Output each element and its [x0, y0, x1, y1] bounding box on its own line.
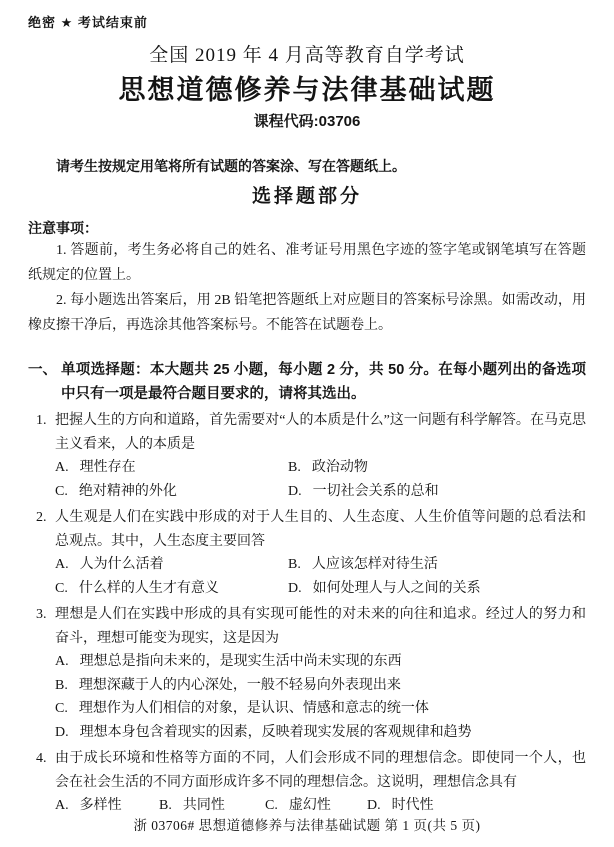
- question-2: 2. 人生观是人们在实践中形成的对于人生目的、人生态度、人生价值等问题的总看法和…: [36, 506, 586, 600]
- notes-heading: 注意事项：: [28, 218, 586, 238]
- note-item-1: 1. 答题前，考生务必将自己的姓名、准考证号用黑色字迹的签字笔或钢笔填写在答题纸…: [28, 238, 586, 288]
- question-1-stem: 把握人生的方向和道路，首先需要对“人的本质是什么”这一问题有科学解答。在马克思主…: [55, 409, 586, 456]
- classification-banner: 绝密 ★ 考试结束前: [28, 12, 586, 31]
- answer-sheet-instruction: 请考生按规定用笔将所有试题的答案涂、写在答题纸上。: [28, 156, 586, 176]
- option-text: 绝对精神的外化: [79, 484, 177, 499]
- question-3-option-c: C.理想作为人们相信的对象，是认识、情感和意志的统一体: [55, 697, 586, 721]
- note-item-2: 2. 每小题选出答案后，用 2B 铅笔把答题纸上对应题目的答案标号涂黑。如需改动…: [28, 288, 586, 338]
- question-2-body: 人生观是人们在实践中形成的对于人生目的、人生态度、人生价值等问题的总看法和总观点…: [55, 506, 586, 600]
- option-label: A.: [55, 557, 69, 572]
- question-1-options: A.理性存在 B.政治动物 C.绝对精神的外化 D.一切社会关系的总和: [55, 456, 586, 503]
- option-label: D.: [55, 725, 69, 740]
- option-label: A.: [55, 654, 69, 669]
- option-label: B.: [159, 798, 172, 813]
- question-3-options: A.理想总是指向未来的，是现实生活中尚未实现的东西 B.理想深藏于人的内心深处，…: [55, 650, 586, 744]
- option-text: 共同性: [183, 798, 225, 813]
- section-title: 选择题部分: [28, 181, 586, 208]
- option-label: D.: [367, 798, 381, 813]
- question-2-option-a: A.人为什么活着: [55, 553, 288, 577]
- option-text: 理想深藏于人的内心深处，一般不轻易向外表现出来: [79, 678, 401, 693]
- question-4: 4. 由于成长环境和性格等方面的不同，人们会形成不同的理想信念。即使同一个人，也…: [36, 747, 586, 818]
- question-1-body: 把握人生的方向和道路，首先需要对“人的本质是什么”这一问题有科学解答。在马克思主…: [55, 409, 586, 503]
- question-1-option-d: D.一切社会关系的总和: [288, 480, 586, 504]
- option-text: 一切社会关系的总和: [313, 484, 439, 499]
- option-label: B.: [288, 460, 301, 475]
- option-text: 如何处理人与人之间的关系: [313, 581, 481, 596]
- question-2-option-c: C.什么样的人生才有意义: [55, 577, 288, 601]
- option-label: D.: [288, 484, 302, 499]
- question-3-option-d: D.理想本身包含着现实的因素，反映着现实发展的客观规律和趋势: [55, 721, 586, 745]
- option-label: B.: [55, 678, 68, 693]
- question-4-number: 4.: [36, 747, 55, 818]
- option-text: 人应该怎样对待生活: [312, 557, 438, 572]
- option-text: 政治动物: [312, 460, 368, 475]
- part-one-heading-text: 单项选择题：本大题共 25 小题，每小题 2 分，共 50 分。在每小题列出的备…: [61, 359, 586, 406]
- option-text: 时代性: [392, 798, 434, 813]
- question-4-stem: 由于成长环境和性格等方面的不同，人们会形成不同的理想信念。即使同一个人，也会在社…: [55, 747, 586, 794]
- question-3-body: 理想是人们在实践中形成的具有实现可能性的对未来的向往和追求。经过人的努力和奋斗，…: [55, 603, 586, 744]
- option-label: C.: [55, 484, 68, 499]
- option-text: 虚幻性: [289, 798, 331, 813]
- option-text: 理性存在: [80, 460, 136, 475]
- course-code: 课程代码:03706: [28, 110, 586, 131]
- question-3-number: 3.: [36, 603, 55, 744]
- option-text: 人为什么活着: [80, 557, 164, 572]
- option-text: 多样性: [80, 798, 122, 813]
- exam-paper-page: 绝密 ★ 考试结束前 全国 2019 年 4 月高等教育自学考试 思想道德修养与…: [0, 0, 614, 847]
- question-2-options: A.人为什么活着 B.人应该怎样对待生活 C.什么样的人生才有意义 D.如何处理…: [55, 553, 586, 600]
- question-4-body: 由于成长环境和性格等方面的不同，人们会形成不同的理想信念。即使同一个人，也会在社…: [55, 747, 586, 818]
- question-2-option-d: D.如何处理人与人之间的关系: [288, 577, 586, 601]
- question-2-option-b: B.人应该怎样对待生活: [288, 553, 586, 577]
- option-label: C.: [265, 798, 278, 813]
- question-1-number: 1.: [36, 409, 55, 503]
- question-1: 1. 把握人生的方向和道路，首先需要对“人的本质是什么”这一问题有科学解答。在马…: [36, 409, 586, 503]
- question-3-option-a: A.理想总是指向未来的，是现实生活中尚未实现的东西: [55, 650, 586, 674]
- paper-title: 思想道德修养与法律基础试题: [28, 68, 586, 107]
- question-2-number: 2.: [36, 506, 55, 600]
- option-text: 理想作为人们相信的对象，是认识、情感和意志的统一体: [79, 701, 429, 716]
- option-text: 什么样的人生才有意义: [79, 581, 219, 596]
- page-footer: 浙 03706# 思想道德修养与法律基础试题 第 1 页(共 5 页): [0, 814, 614, 834]
- question-3-option-b: B.理想深藏于人的内心深处，一般不轻易向外表现出来: [55, 674, 586, 698]
- option-text: 理想本身包含着现实的因素，反映着现实发展的客观规律和趋势: [80, 725, 472, 740]
- question-3: 3. 理想是人们在实践中形成的具有实现可能性的对未来的向往和追求。经过人的努力和…: [36, 603, 586, 744]
- option-label: C.: [55, 701, 68, 716]
- option-label: B.: [288, 557, 301, 572]
- part-one-number: 一、: [28, 359, 61, 406]
- option-label: A.: [55, 798, 69, 813]
- option-label: C.: [55, 581, 68, 596]
- question-2-stem: 人生观是人们在实践中形成的对于人生目的、人生态度、人生价值等问题的总看法和总观点…: [55, 506, 586, 553]
- question-3-stem: 理想是人们在实践中形成的具有实现可能性的对未来的向往和追求。经过人的努力和奋斗，…: [55, 603, 586, 650]
- question-1-option-c: C.绝对精神的外化: [55, 480, 288, 504]
- question-1-option-b: B.政治动物: [288, 456, 586, 480]
- option-text: 理想总是指向未来的，是现实生活中尚未实现的东西: [80, 654, 402, 669]
- option-label: A.: [55, 460, 69, 475]
- question-1-option-a: A.理性存在: [55, 456, 288, 480]
- exam-session-title: 全国 2019 年 4 月高等教育自学考试: [28, 40, 586, 67]
- option-label: D.: [288, 581, 302, 596]
- part-one-heading: 一、 单项选择题：本大题共 25 小题，每小题 2 分，共 50 分。在每小题列…: [28, 359, 586, 406]
